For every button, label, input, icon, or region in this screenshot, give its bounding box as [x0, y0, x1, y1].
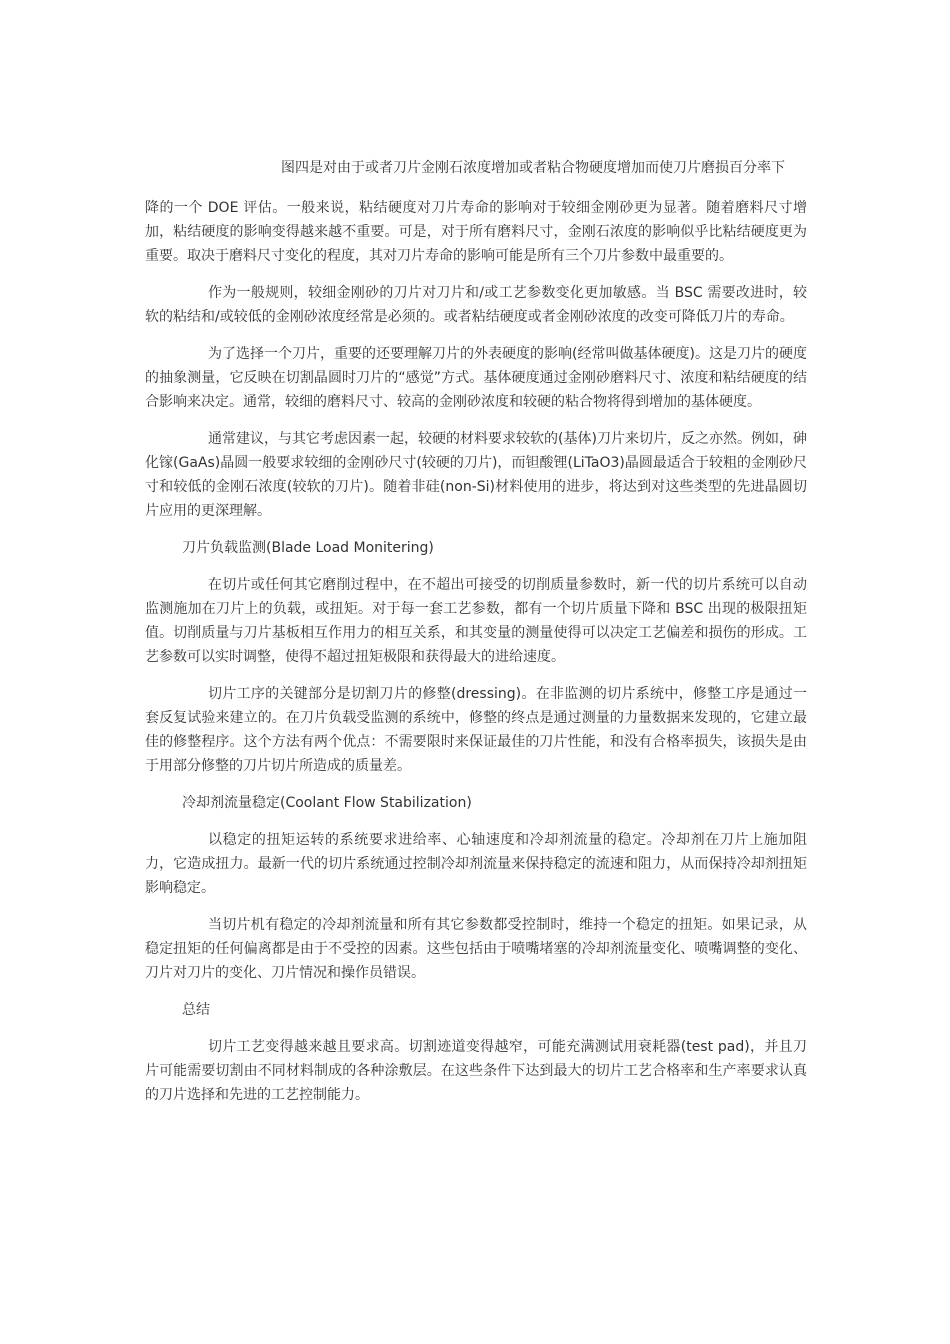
paragraph-general-rule: 作为一般规则，较细金刚砂的刀片对刀片和/或工艺参数变化更加敏感。当 BSC 需要… [145, 281, 807, 329]
paragraph-blade-load-2: 切片工序的关键部分是切割刀片的修整(dressing)。在非监测的切片系统中，修… [145, 682, 807, 778]
paragraph-matrix-hardness: 为了选择一个刀片，重要的还要理解刀片的外表硬度的影响(经常叫做基体硬度)。这是刀… [145, 342, 807, 414]
paragraph-summary: 切片工艺变得越来越且要求高。切割迹道变得越窄，可能充满测试用衰耗器(test p… [145, 1035, 807, 1107]
heading-blade-load-monitoring: 刀片负载监测(Blade Load Monitering) [145, 536, 807, 560]
paragraph-material-recommendation: 通常建议，与其它考虑因素一起，较硬的材料要求较软的(基体)刀片来切片，反之亦然。… [145, 427, 807, 523]
document-page: 图四是对由于或者刀片金刚石浓度增加或者粘合物硬度增加而使刀片磨损百分率下 降的一… [145, 156, 807, 1120]
paragraph-coolant-1: 以稳定的扭矩运转的系统要求进给率、心轴速度和冷却剂流量的稳定。冷却剂在刀片上施加… [145, 828, 807, 900]
paragraph-blade-load-1: 在切片或任何其它磨削过程中，在不超出可接受的切削质量参数时，新一代的切片系统可以… [145, 573, 807, 669]
paragraph-figure-intro: 图四是对由于或者刀片金刚石浓度增加或者粘合物硬度增加而使刀片磨损百分率下 [145, 156, 807, 180]
heading-coolant-flow: 冷却剂流量稳定(Coolant Flow Stabilization) [145, 791, 807, 815]
heading-summary: 总结 [145, 998, 807, 1022]
paragraph-coolant-2: 当切片机有稳定的冷却剂流量和所有其它参数都受控制时，维持一个稳定的扭矩。如果记录… [145, 913, 807, 985]
paragraph-doe-evaluation: 降的一个 DOE 评估。一般来说，粘结硬度对刀片寿命的影响对于较细金刚砂更为显著… [145, 196, 807, 268]
